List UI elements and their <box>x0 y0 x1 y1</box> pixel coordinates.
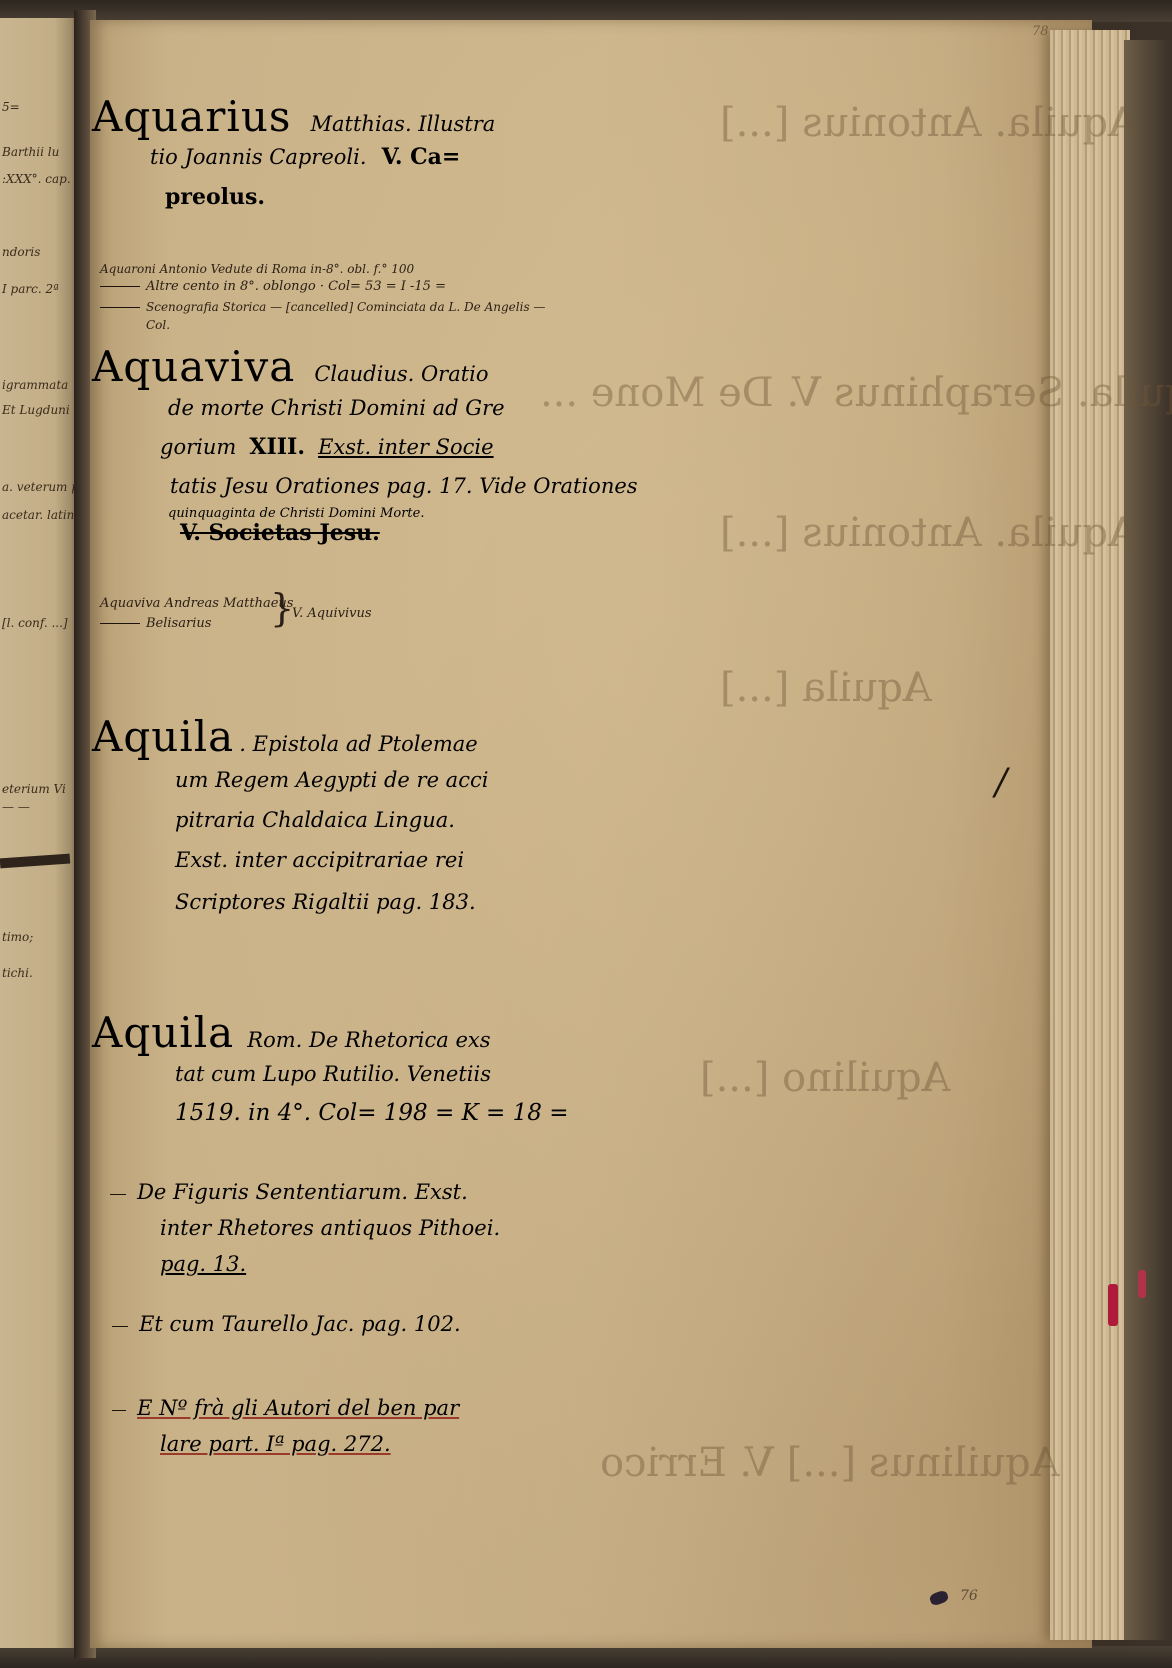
left-facing-page: 5= Barthii lu :XXX°. cap. 7. ndoris I pa… <box>0 18 78 1648</box>
cross-reference: V. Ca= <box>382 144 461 170</box>
entry-text: tio Joannis Capreoli. <box>150 145 367 169</box>
book-bottom-edge <box>0 1646 1172 1668</box>
entry-text: tat cum Lupo Rutilio. Venetiis <box>175 1062 491 1086</box>
entry-text: Exst. inter accipitrariae rei <box>175 848 464 872</box>
entry-text: Et cum Taurello Jac. pag. 102. <box>139 1312 461 1336</box>
margin-fragment: I parc. 2ª <box>2 282 59 296</box>
red-page-tab <box>1138 1270 1146 1298</box>
entry-text: pag. 13. <box>160 1252 246 1276</box>
cancelled-cross-reference: V. Societas Jesu. <box>180 520 380 546</box>
page-stack-edges <box>1050 30 1130 1640</box>
margin-fragment: 5= <box>2 100 20 114</box>
entry-text: de morte Christi Domini ad Gre <box>168 396 505 420</box>
margin-mark: / <box>995 762 1007 803</box>
margin-fragment: a. veterum pr <box>2 480 78 494</box>
ink-stroke <box>0 854 70 869</box>
margin-fragment: igrammata <box>2 378 68 392</box>
red-page-tab <box>1108 1284 1118 1326</box>
entry-text: Rom. De Rhetorica exs <box>247 1028 490 1052</box>
entry-text: Scriptores Rigaltii pag. 183. <box>175 890 476 914</box>
entry-text: Exst. inter Socie <box>318 435 494 459</box>
entry-text: . Epistola ad Ptolemae <box>239 732 477 756</box>
entry-text: um Regem Aegypti de re acci <box>175 768 488 792</box>
cross-reference: preolus. <box>165 184 265 210</box>
bleed-through-text: Aquila [...] <box>720 665 932 711</box>
book-cover-edge <box>1124 40 1172 1640</box>
entry-text: Claudius. Oratio <box>314 362 488 386</box>
entry-text: gorium <box>160 435 236 459</box>
margin-fragment: Barthii lu <box>2 145 59 159</box>
margin-fragment: tichi. <box>2 966 33 980</box>
book-top-edge <box>0 0 1172 22</box>
added-note: Aquaroni Antonio Vedute di Roma in-8°. o… <box>100 262 414 276</box>
folio-number-top: 78 <box>1032 24 1049 39</box>
entry-text: pitraria Chaldaica Lingua. <box>175 808 455 832</box>
bleed-through-text: Aquilinus [...] V. Errico <box>600 1440 1060 1486</box>
margin-fragment: — — <box>2 800 30 814</box>
brace-mark: } <box>270 586 294 630</box>
entry-headword: Aquaviva <box>92 342 295 391</box>
entry-text: Matthias. Illustra <box>311 112 496 136</box>
entry-text: E Nº frà gli Autori del ben par <box>137 1396 459 1420</box>
entry-text: De Figuris Sententiarum. Exst. <box>137 1180 468 1204</box>
margin-fragment: Et Lugduni 15 <box>2 403 78 417</box>
entry-headword: Aquarius <box>92 92 291 141</box>
margin-fragment: [l. conf. ...] <box>2 616 68 630</box>
bleed-through-text: Aquila. Seraphinus V. De Mone ... <box>540 370 1172 416</box>
entry-headword: Aquila <box>92 1008 234 1057</box>
added-note: Aquaviva Andreas Matthaeus <box>100 596 293 611</box>
margin-fragment: acetar. latin. <box>2 508 78 522</box>
entry-text: tatis Jesu Orationes pag. 17. Vide Orati… <box>170 474 638 498</box>
bleed-through-text: Aquila. Antonius [...] <box>720 100 1137 146</box>
bleed-through-text: Aquilino [...] <box>700 1055 951 1101</box>
entry-headword: Aquila <box>92 712 234 761</box>
entry-text: 1519. in 4°. Col= 198 = K = 18 = <box>175 1100 569 1126</box>
entry-text: lare part. Iª pag. 272. <box>160 1432 391 1456</box>
added-note: Scenografia Storica — [cancelled] Cominc… <box>100 300 545 314</box>
added-note: quinquaginta de Christi Domini Morte. <box>168 506 424 521</box>
added-note: V. Aquivivus <box>292 606 372 621</box>
entry-text: inter Rhetores antiquos Pithoei. <box>160 1216 500 1240</box>
folio-number-bottom: 76 <box>960 1588 978 1604</box>
entry-text: XIII. <box>249 434 305 460</box>
margin-fragment: :XXX°. cap. 7. <box>2 172 78 186</box>
added-note: Belisarius <box>100 616 211 631</box>
margin-fragment: ndoris <box>2 245 40 259</box>
margin-fragment: eterium Vi <box>2 782 66 796</box>
added-note: Col. <box>146 318 170 332</box>
bleed-through-text: Aquila. Antonius [...] <box>720 510 1137 556</box>
added-note: Altre cento in 8°. oblongo · Col= 53 = I… <box>100 279 446 294</box>
margin-fragment: timo; <box>2 930 33 944</box>
